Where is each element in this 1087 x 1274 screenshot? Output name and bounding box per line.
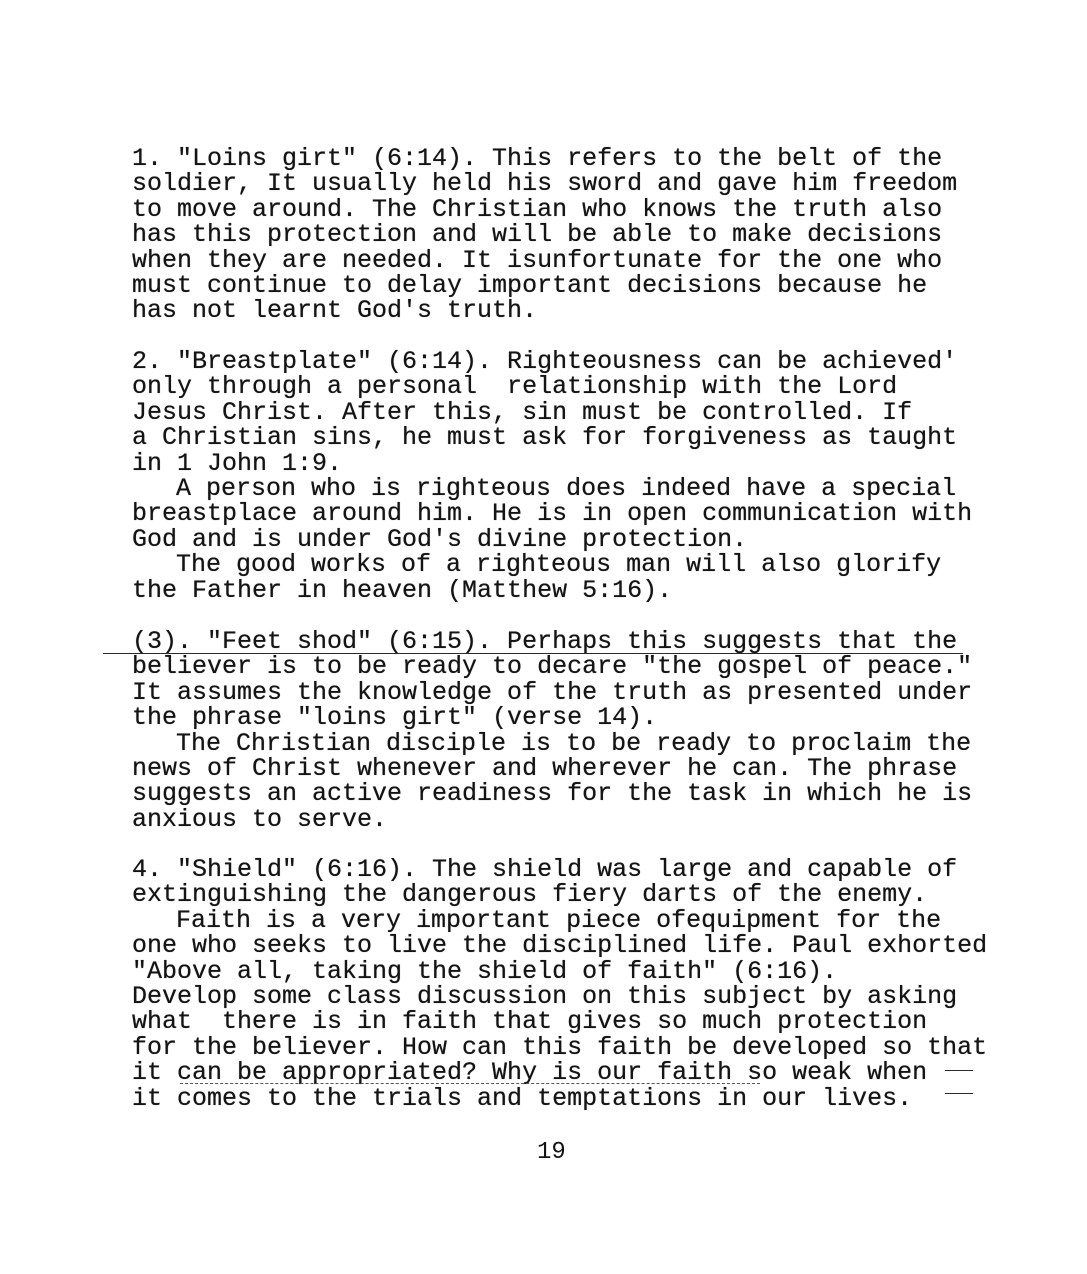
scan-artifact-rule (945, 1093, 973, 1094)
text-line: It assumes the knowledge of the truth as… (132, 680, 972, 706)
text-line: must continue to delay important decisio… (132, 273, 927, 299)
text-line: suggests an active readiness for the tas… (132, 781, 972, 807)
scan-artifact-rule (945, 1070, 973, 1071)
text-line: has this protection and will be able to … (132, 222, 942, 248)
scan-artifact-rule (180, 1083, 760, 1084)
text-line: when they are needed. It isunfortunate f… (132, 248, 942, 274)
text-line: believer is to be ready to decare "the g… (132, 654, 972, 680)
text-line: "Above all, taking the shield of faith" … (132, 959, 837, 985)
text-line: soldier, It usually held his sword and g… (132, 171, 957, 197)
text-line: God and is under God's divine protection… (132, 527, 747, 553)
text-line: 4. "Shield" (6:16). The shield was large… (132, 857, 957, 883)
text-line: anxious to serve. (132, 807, 387, 833)
text-line: extinguishing the dangerous fiery darts … (132, 882, 927, 908)
text-line: breastplace around him. He is in open co… (132, 501, 972, 527)
text-line: in 1 John 1:9. (132, 451, 342, 477)
text-line: a Christian sins, he must ask for forgiv… (132, 425, 957, 451)
text-line: (3). "Feet shod" (6:15). Perhaps this su… (132, 629, 957, 655)
scan-artifact-rule (103, 653, 963, 654)
text-line: it comes to the trials and temptations i… (132, 1086, 912, 1112)
text-line: Faith is a very important piece ofequipm… (176, 908, 941, 934)
text-line: 2. "Breastplate" (6:14). Righteousness c… (132, 349, 957, 375)
text-line: the phrase "loins girt" (verse 14). (132, 705, 657, 731)
text-line: The Christian disciple is to be ready to… (176, 731, 971, 757)
text-line: Develop some class discussion on this su… (132, 984, 957, 1010)
text-line: the Father in heaven (Matthew 5:16). (132, 578, 672, 604)
text-line: news of Christ whenever and wherever he … (132, 756, 957, 782)
text-line: to move around. The Christian who knows … (132, 197, 942, 223)
page-number: 19 (537, 1140, 566, 1166)
text-line: for the believer. How can this faith be … (132, 1035, 987, 1061)
text-line: Jesus Christ. After this, sin must be co… (132, 400, 912, 426)
text-line: one who seeks to live the disciplined li… (132, 933, 987, 959)
text-line: has not learnt God's truth. (132, 298, 537, 324)
text-line: only through a personal relationship wit… (132, 374, 897, 400)
text-line: what there is in faith that gives so muc… (132, 1009, 927, 1035)
document-page: 1. "Loins girt" (6:14). This refers to t… (0, 0, 1087, 1274)
text-line: The good works of a righteous man will a… (176, 552, 941, 578)
text-line: A person who is righteous does indeed ha… (176, 476, 956, 502)
text-line: 1. "Loins girt" (6:14). This refers to t… (132, 146, 942, 172)
